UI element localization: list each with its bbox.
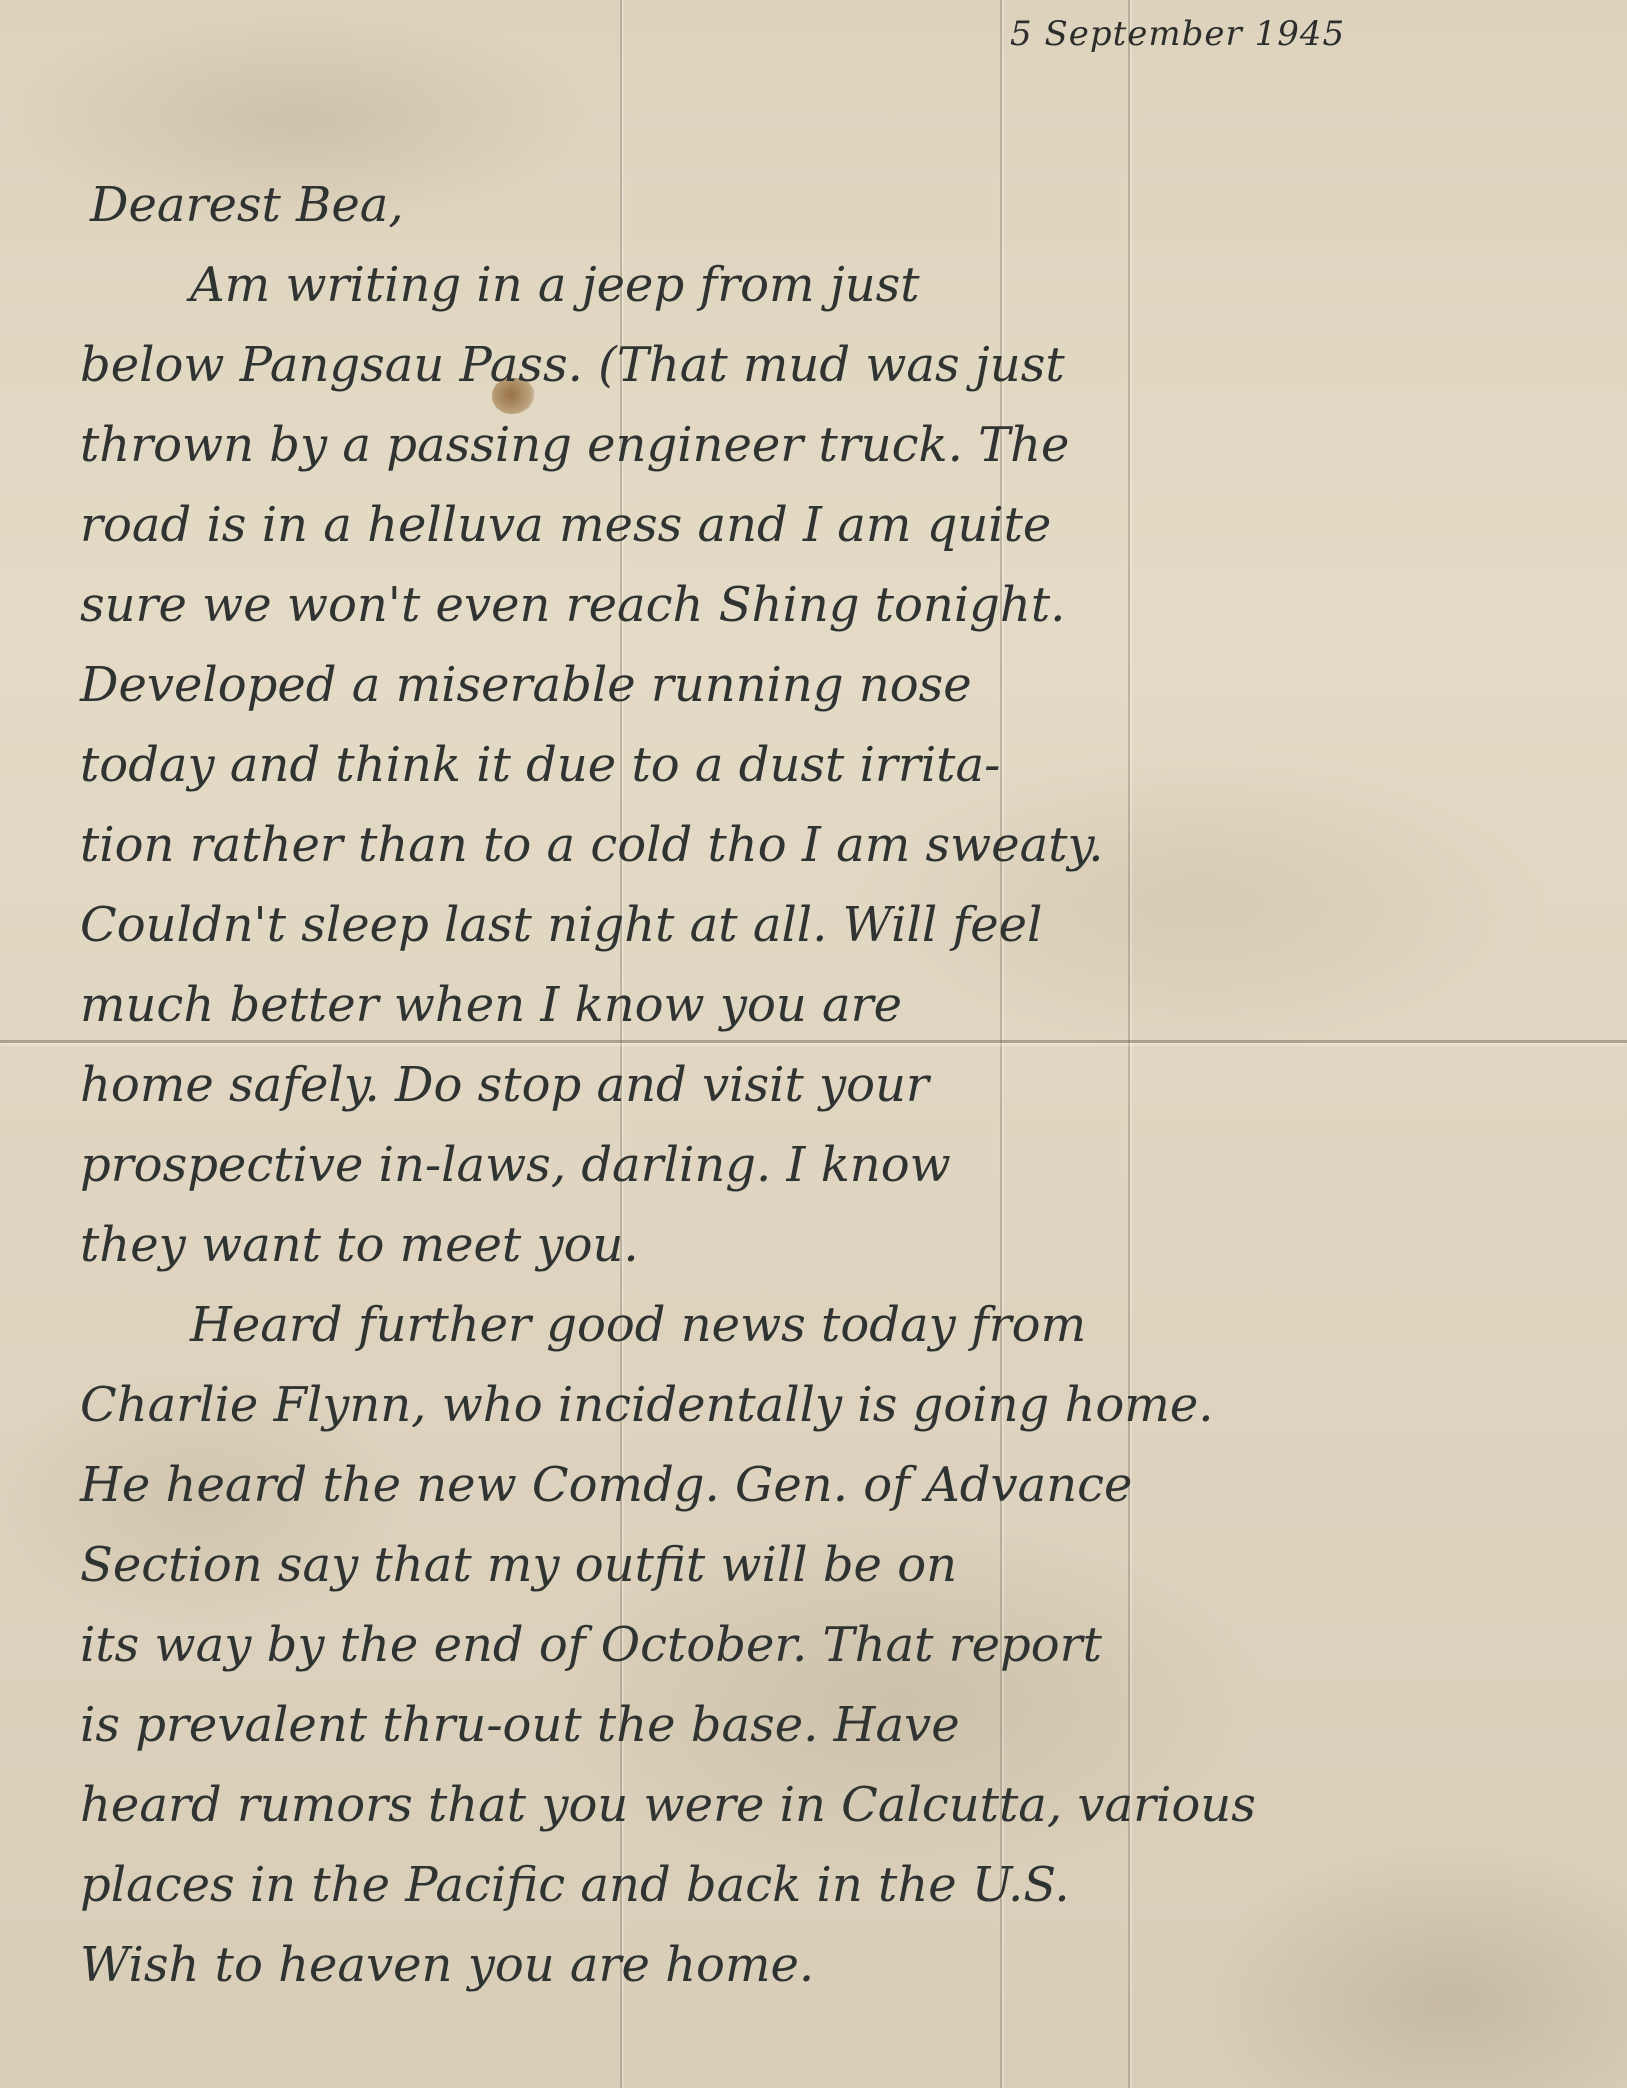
letter-body: Dearest Bea, Am writing in a jeep from j… bbox=[80, 165, 1580, 2005]
letter-line: Charlie Flynn, who incidentally is going… bbox=[80, 1365, 1580, 1445]
letter-line: home safely. Do stop and visit your bbox=[80, 1045, 1580, 1125]
letter-line: prospective in-laws, darling. I know bbox=[80, 1125, 1580, 1205]
letter-paper: 5 September 1945 Dearest Bea, Am writing… bbox=[0, 0, 1627, 2088]
letter-line: Heard further good news today from bbox=[80, 1285, 1580, 1365]
letter-line: sure we won't even reach Shing tonight. bbox=[80, 565, 1580, 645]
letter-date: 5 September 1945 bbox=[1010, 14, 1345, 54]
letter-line: Am writing in a jeep from just bbox=[80, 245, 1580, 325]
letter-line: Wish to heaven you are home. bbox=[80, 1925, 1580, 2005]
paragraph: Heard further good news today fromCharli… bbox=[80, 1285, 1580, 2005]
letter-line: they want to meet you. bbox=[80, 1205, 1580, 1285]
letter-line: heard rumors that you were in Calcutta, … bbox=[80, 1765, 1580, 1845]
letter-line: its way by the end of October. That repo… bbox=[80, 1605, 1580, 1685]
letter-line: thrown by a passing engineer truck. The bbox=[80, 405, 1580, 485]
letter-line: below Pangsau Pass. (That mud was just bbox=[80, 325, 1580, 405]
letter-line: is prevalent thru-out the base. Have bbox=[80, 1685, 1580, 1765]
letter-line: road is in a helluva mess and I am quite bbox=[80, 485, 1580, 565]
salutation: Dearest Bea, bbox=[80, 165, 1580, 245]
letter-line: tion rather than to a cold tho I am swea… bbox=[80, 805, 1580, 885]
letter-line: today and think it due to a dust irrita- bbox=[80, 725, 1580, 805]
letter-line: places in the Pacific and back in the U.… bbox=[80, 1845, 1580, 1925]
letter-paragraphs: Am writing in a jeep from justbelow Pang… bbox=[80, 245, 1580, 2005]
paragraph: Am writing in a jeep from justbelow Pang… bbox=[80, 245, 1580, 1285]
letter-line: He heard the new Comdg. Gen. of Advance bbox=[80, 1445, 1580, 1525]
letter-line: much better when I know you are bbox=[80, 965, 1580, 1045]
letter-line: Section say that my outfit will be on bbox=[80, 1525, 1580, 1605]
letter-line: Couldn't sleep last night at all. Will f… bbox=[80, 885, 1580, 965]
letter-line: Developed a miserable running nose bbox=[80, 645, 1580, 725]
